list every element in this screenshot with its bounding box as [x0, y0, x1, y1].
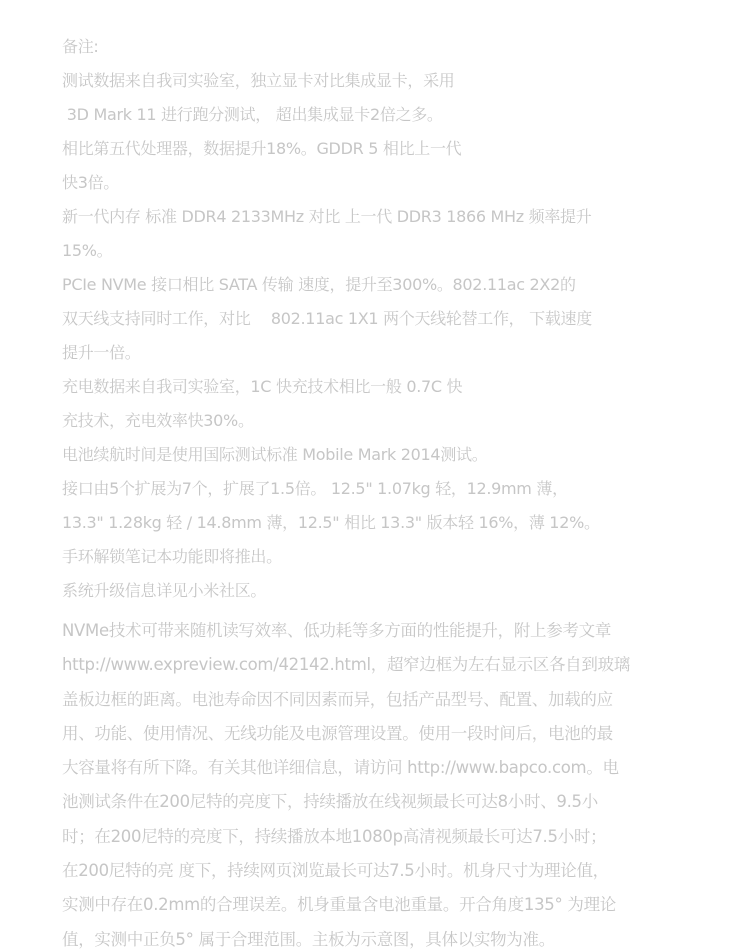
note-line: 接口由5个扩展为7个，扩展了1.5倍。 12.5" 1.07kg 轻，12.9m… [62, 472, 722, 506]
note-line: 充技术，充电效率快30%。 [62, 404, 722, 438]
note-line: 测试数据来自我司实验室，独立显卡对比集成显卡，采用 [62, 64, 722, 98]
note-line: 快3倍。 [62, 166, 722, 200]
paragraph-line: 用、功能、使用情况、无线功能及电源管理设置。使用一段时间后，电池的最 [62, 717, 722, 751]
note-line: 双天线支持同时工作，对比 802.11ac 1X1 两个天线轮替工作， 下载速度 [62, 302, 722, 336]
note-line: 提升一倍。 [62, 336, 722, 370]
note-line: 15%。 [62, 234, 722, 268]
paragraph-line: 池测试条件在200尼特的亮度下，持续播放在线视频最长可达8小时、9.5小 [62, 785, 722, 819]
note-line: PCIe NVMe 接口相比 SATA 传输 速度，提升至300%。802.11… [62, 268, 722, 302]
paragraph-line: http://www.expreview.com/42142.html，超窄边框… [62, 648, 722, 682]
note-line: 系统升级信息详见小米社区。 [62, 574, 722, 608]
notes-section: 备注: 测试数据来自我司实验室，独立显卡对比集成显卡，采用 3D Mark 11… [62, 30, 722, 950]
disclaimer-paragraph: NVMe技术可带来随机读写效率、低功耗等多方面的性能提升，附上参考文章 http… [62, 614, 722, 950]
note-line: 相比第五代处理器，数据提升18%。GDDR 5 相比上一代 [62, 132, 722, 166]
note-line: 电池续航时间是使用国际测试标准 Mobile Mark 2014测试。 [62, 438, 722, 472]
note-line: 手环解锁笔记本功能即将推出。 [62, 540, 722, 574]
paragraph-line: 盖板边框的距离。电池寿命因不同因素而异，包括产品型号、配置、加载的应 [62, 683, 722, 717]
paragraph-line: NVMe技术可带来随机读写效率、低功耗等多方面的性能提升，附上参考文章 [62, 614, 722, 648]
paragraph-line: 实测中存在0.2mm的合理误差。机身重量含电池重量。开合角度135° 为理论 [62, 888, 722, 922]
paragraph-line: 值，实测中正负5° 属于合理范围。主板为示意图，具体以实物为准。 [62, 923, 722, 950]
paragraph-line: 时；在200尼特的亮度下，持续播放本地1080p高清视频最长可达7.5小时； [62, 820, 722, 854]
paragraph-line: 大容量将有所下降。有关其他详细信息，请访问 http://www.bapco.c… [62, 751, 722, 785]
notes-title: 备注: [62, 30, 722, 64]
note-line: 充电数据来自我司实验室，1C 快充技术相比一般 0.7C 快 [62, 370, 722, 404]
note-line: 新一代内存 标准 DDR4 2133MHz 对比 上一代 DDR3 1866 M… [62, 200, 722, 234]
note-line: 3D Mark 11 进行跑分测试， 超出集成显卡2倍之多。 [62, 98, 722, 132]
note-line: 13.3" 1.28kg 轻 / 14.8mm 薄，12.5" 相比 13.3"… [62, 506, 722, 540]
paragraph-line: 在200尼特的亮 度下，持续网页浏览最长可达7.5小时。机身尺寸为理论值， [62, 854, 722, 888]
